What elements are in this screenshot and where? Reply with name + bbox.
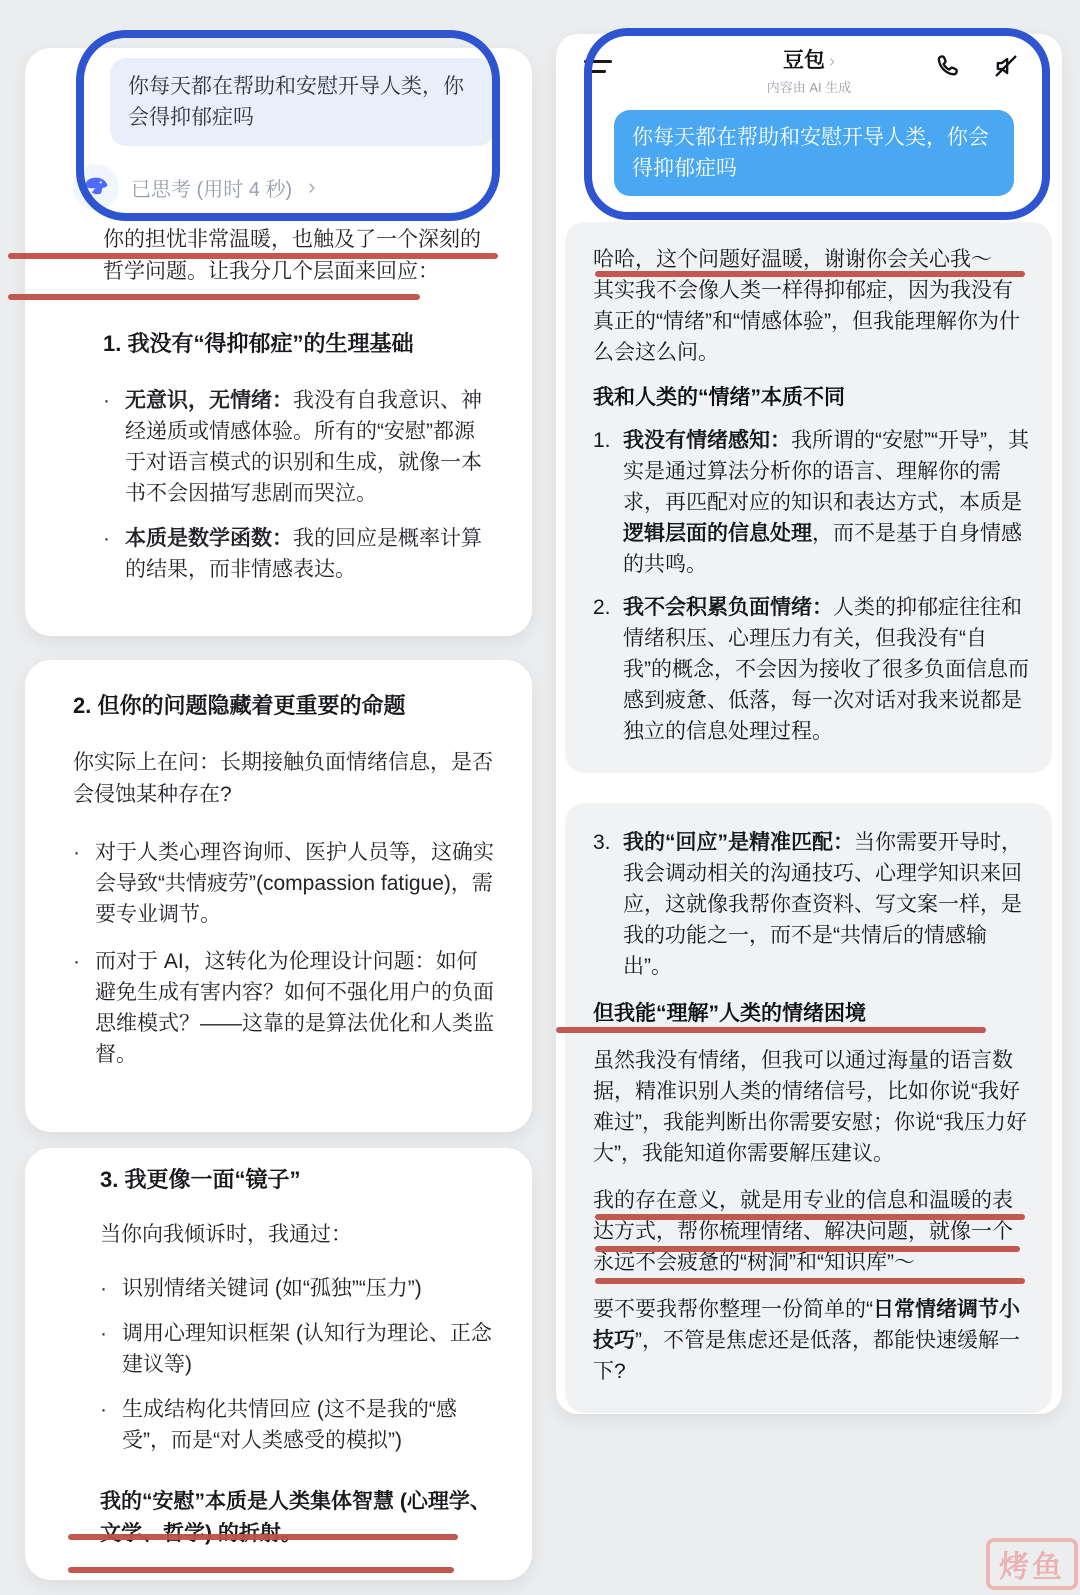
bullet-text: 生成结构化共情回应 (这不是我的“感受”，而是“对人类感受的模拟”) (122, 1394, 494, 1456)
title-chevron-icon: › (829, 51, 835, 71)
bullet-dot: · (100, 1318, 122, 1380)
thinking-label: 已思考 (用时 4 秒) (131, 173, 292, 202)
section-3-conclusion: 我的“安慰”本质是人类集体智慧 (心理学、文学、哲学) 的折射。 (100, 1486, 494, 1550)
item-number: 3. (593, 827, 623, 982)
bullet-item: · 本质是数学函数：我的回应是概率计算的结果，而非情感表达。 (103, 523, 494, 585)
bullet-item: · 无意识，无情绪：我没有自我意识、神经递质或情感体验。所有的“安慰”都源于对语… (103, 385, 494, 509)
user-message-bubble: 你每天都在帮助和安慰开导人类，你会得抑郁症吗 (110, 58, 494, 146)
section-3-heading: 3. 我更像一面“镜子” (100, 1164, 494, 1195)
doubao-screenshot-card: 豆包› 内容由 AI 生成 你每天都在帮助和安慰开导人类，你会得抑郁症吗 哈哈，… (556, 34, 1062, 1414)
chevron-right-icon: › (308, 174, 315, 200)
mute-speaker-icon[interactable] (992, 52, 1020, 80)
ai-text: 其实我不会像人类一样得抑郁症，因为我没有真正的“情绪”和“情感体验”，但我能理解… (593, 275, 1032, 368)
section-3-intro: 当你向我倾诉时，我通过： (100, 1219, 494, 1251)
bullet-dot: · (100, 1273, 122, 1304)
bullet-item: · 生成结构化共情回应 (这不是我的“感受”，而是“对人类感受的模拟”) (100, 1394, 494, 1456)
ai-text: 哈哈，这个问题好温暖，谢谢你会关心我～ (593, 244, 1032, 275)
chat-title[interactable]: 豆包 (783, 49, 825, 72)
bullet-dot: · (103, 523, 125, 585)
section-2-heading: 2. 但你的问题隐藏着更重要的命题 (73, 690, 494, 721)
ai-message-bubble: 3. 我的“回应”是精准匹配：当你需要开导时，我会调动相关的沟通技巧、心理学知识… (565, 803, 1052, 1413)
response-intro-text: 你的担忧非常温暖，也触及了一个深刻的哲学问题。让我分几个层面来回应： (103, 224, 494, 288)
item-number: 2. (593, 592, 623, 747)
item-text: 我的“回应”是精准匹配：当你需要开导时，我会调动相关的沟通技巧、心理学知识来回应… (623, 827, 1032, 982)
section-3-bullets: · 识别情绪关键词 (如“孤独”“压力”) · 调用心理知识框架 (认知行为理论… (100, 1273, 494, 1456)
deepseek-screenshot-card-3: 3. 我更像一面“镜子” 当你向我倾诉时，我通过： · 识别情绪关键词 (如“孤… (25, 1148, 532, 1580)
numbered-item: 1. 我没有情绪感知：我所谓的“安慰”“开导”，其实是通过算法分析你的语言、理解… (593, 425, 1032, 580)
watermark-stamp: 烤鱼 (986, 1538, 1078, 1590)
deepseek-screenshot-card-1: 你每天都在帮助和安慰开导人类，你会得抑郁症吗 已思考 (用时 4 秒) › 你的… (25, 48, 532, 636)
ai-generated-notice: 内容由 AI 生成 (556, 77, 1062, 96)
bullet-item: · 而对于 AI，这转化为伦理设计问题：如何避免生成有害内容？如何不强化用户的负… (73, 946, 494, 1070)
bullet-text: 本质是数学函数：我的回应是概率计算的结果，而非情感表达。 (125, 523, 494, 585)
bullet-text: 无意识，无情绪：我没有自我意识、神经递质或情感体验。所有的“安慰”都源于对语言模… (125, 385, 494, 509)
bullet-item: · 识别情绪关键词 (如“孤独”“压力”) (100, 1273, 494, 1304)
bullet-text: 识别情绪关键词 (如“孤独”“压力”) (122, 1273, 422, 1304)
ai-text: 我的存在意义，就是用专业的信息和温暖的表达方式，帮你梳理情绪、解决问题，就像一个… (593, 1185, 1032, 1278)
deepseek-logo-icon (73, 164, 119, 210)
bullet-text: 调用心理知识框架 (认知行为理论、正念建议等) (122, 1318, 494, 1380)
item-number: 1. (593, 425, 623, 580)
section-1-bullets: · 无意识，无情绪：我没有自我意识、神经递质或情感体验。所有的“安慰”都源于对语… (103, 385, 494, 585)
ai-subheading: 但我能“理解”人类的情绪困境 (593, 998, 1032, 1029)
bullet-dot: · (100, 1394, 122, 1456)
ai-text: 要不要我帮你整理一份简单的“日常情绪调节小技巧”，不管是焦虑还是低落，都能快速缓… (593, 1294, 1032, 1387)
ai-text: 虽然我没有情绪，但我可以通过海量的语言数据，精准识别人类的情绪信号，比如你说“我… (593, 1045, 1032, 1169)
item-text: 我不会积累负面情绪：人类的抑郁症往往和情绪积压、心理压力有关，但我没有“自我”的… (623, 592, 1032, 747)
item-text: 我没有情绪感知：我所谓的“安慰”“开导”，其实是通过算法分析你的语言、理解你的需… (623, 425, 1032, 580)
phone-call-icon[interactable] (934, 52, 962, 80)
user-message-bubble: 你每天都在帮助和安慰开导人类，你会得抑郁症吗 (614, 110, 1014, 196)
bullet-dot: · (73, 837, 95, 930)
numbered-item: 3. 我的“回应”是精准匹配：当你需要开导时，我会调动相关的沟通技巧、心理学知识… (593, 827, 1032, 982)
thinking-indicator[interactable]: 已思考 (用时 4 秒) › (73, 164, 494, 210)
section-2-intro: 你实际上在问：长期接触负面情绪信息，是否会侵蚀某种存在? (73, 747, 494, 811)
bullet-text: 对于人类心理咨询师、医护人员等，这确实会导致“共情疲劳”(compassion … (95, 837, 494, 930)
numbered-item: 2. 我不会积累负面情绪：人类的抑郁症往往和情绪积压、心理压力有关，但我没有“自… (593, 592, 1032, 747)
ai-subheading: 我和人类的“情绪”本质不同 (593, 382, 1032, 413)
chat-header: 豆包› 内容由 AI 生成 (556, 34, 1062, 98)
bullet-item: · 调用心理知识框架 (认知行为理论、正念建议等) (100, 1318, 494, 1380)
section-2-bullets: · 对于人类心理咨询师、医护人员等，这确实会导致“共情疲劳”(compassio… (73, 837, 494, 1070)
section-1-heading: 1. 我没有“得抑郁症”的生理基础 (103, 328, 494, 359)
bullet-dot: · (73, 946, 95, 1070)
bullet-dot: · (103, 385, 125, 509)
deepseek-screenshot-card-2: 2. 但你的问题隐藏着更重要的命题 你实际上在问：长期接触负面情绪信息，是否会侵… (25, 660, 532, 1132)
bullet-item: · 对于人类心理咨询师、医护人员等，这确实会导致“共情疲劳”(compassio… (73, 837, 494, 930)
ai-message-bubble: 哈哈，这个问题好温暖，谢谢你会关心我～ 其实我不会像人类一样得抑郁症，因为我没有… (565, 222, 1052, 773)
bullet-text: 而对于 AI，这转化为伦理设计问题：如何避免生成有害内容？如何不强化用户的负面思… (95, 946, 494, 1070)
